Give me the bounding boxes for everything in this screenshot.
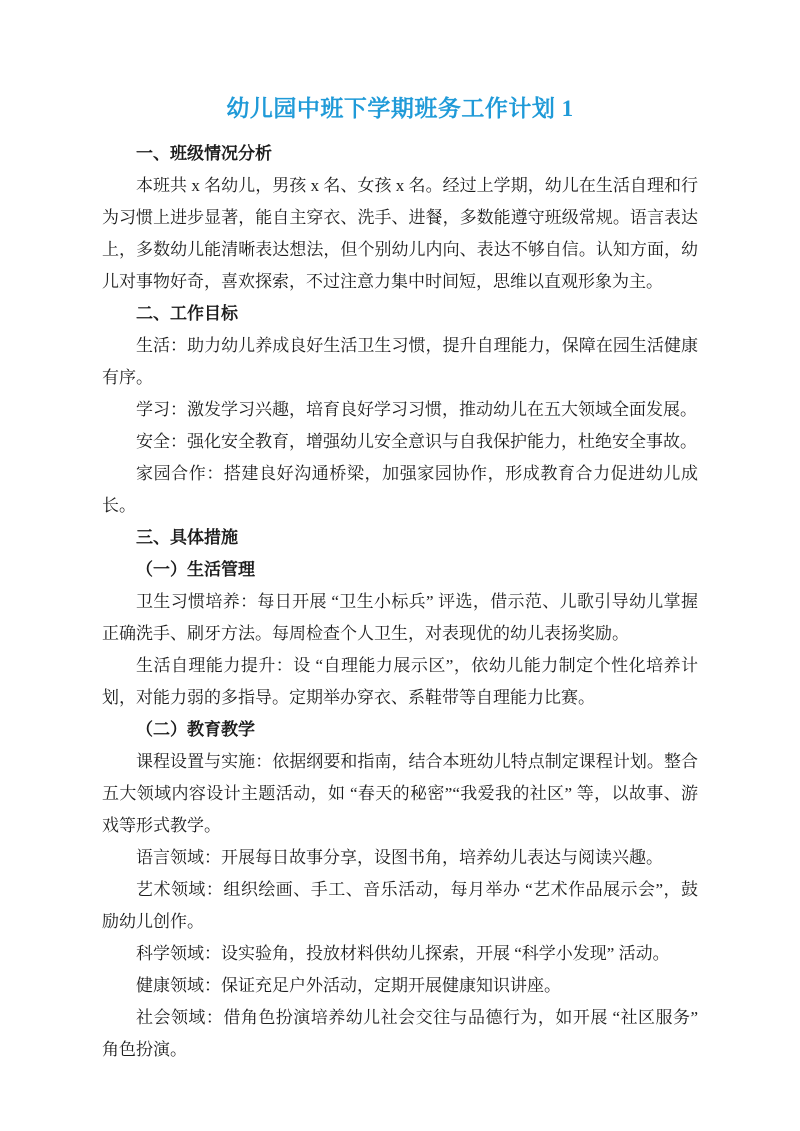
para-study-goal: 学习：激发学习兴趣，培育良好学习习惯，推动幼儿在五大领域全面发展。 (102, 394, 698, 426)
para-health-domain: 健康领域：保证充足户外活动，定期开展健康知识讲座。 (102, 970, 698, 1002)
heading-specific-measures: 三、具体措施 (102, 522, 698, 554)
subheading-life-management: （一）生活管理 (102, 554, 698, 586)
document-title: 幼儿园中班下学期班务工作计划 1 (102, 90, 698, 128)
para-art-domain: 艺术领域：组织绘画、手工、音乐活动，每月举办 “艺术作品展示会”，鼓励幼儿创作。 (102, 874, 698, 938)
para-language-domain: 语言领域：开展每日故事分享，设图书角，培养幼儿表达与阅读兴趣。 (102, 842, 698, 874)
para-home-cooperation-goal: 家园合作：搭建良好沟通桥梁，加强家园协作，形成教育合力促进幼儿成长。 (102, 458, 698, 522)
para-hygiene-habits: 卫生习惯培养：每日开展 “卫生小标兵” 评选，借示范、儿歌引导幼儿掌握正确洗手、… (102, 586, 698, 650)
para-social-domain: 社会领域：借角色扮演培养幼儿社会交往与品德行为，如开展 “社区服务” 角色扮演。 (102, 1002, 698, 1066)
para-curriculum: 课程设置与实施：依据纲要和指南，结合本班幼儿特点制定课程计划。整合五大领域内容设… (102, 746, 698, 842)
para-self-care-ability: 生活自理能力提升：设 “自理能力展示区”，依幼儿能力制定个性化培养计划，对能力弱… (102, 650, 698, 714)
para-safety-goal: 安全：强化安全教育，增强幼儿安全意识与自我保护能力，杜绝安全事故。 (102, 426, 698, 458)
para-class-overview: 本班共 x 名幼儿，男孩 x 名、女孩 x 名。经过上学期，幼儿在生活自理和行为… (102, 170, 698, 298)
heading-class-analysis: 一、班级情况分析 (102, 138, 698, 170)
para-science-domain: 科学领域：设实验角，投放材料供幼儿探索，开展 “科学小发现” 活动。 (102, 938, 698, 970)
subheading-education-teaching: （二）教育教学 (102, 714, 698, 746)
heading-work-goals: 二、工作目标 (102, 298, 698, 330)
para-life-goal: 生活：助力幼儿养成良好生活卫生习惯，提升自理能力，保障在园生活健康有序。 (102, 330, 698, 394)
document-page: 幼儿园中班下学期班务工作计划 1 一、班级情况分析 本班共 x 名幼儿，男孩 x… (0, 0, 800, 1131)
